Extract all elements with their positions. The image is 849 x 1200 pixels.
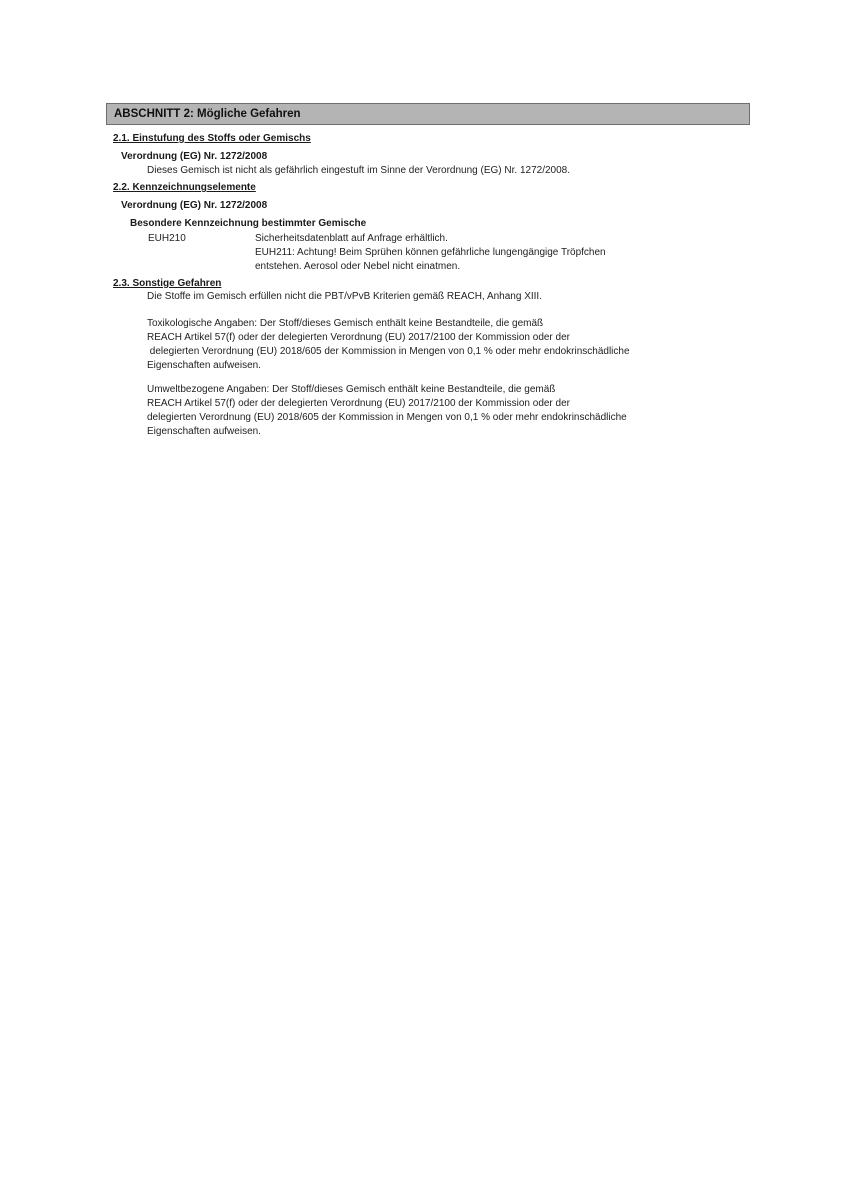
subsection-2-1-heading: 2.1. Einstufung des Stoffs oder Gemischs <box>113 133 311 145</box>
tox-line: REACH Artikel 57(f) oder der delegierten… <box>147 332 570 344</box>
env-line: delegierten Verordnung (EU) 2018/605 der… <box>147 412 627 424</box>
euh-line: EUH211: Achtung! Beim Sprühen können gef… <box>255 247 606 259</box>
env-line: Umweltbezogene Angaben: Der Stoff/dieses… <box>147 384 555 396</box>
special-labelling-heading: Besondere Kennzeichnung bestimmter Gemis… <box>130 218 366 230</box>
euh-line: Sicherheitsdatenblatt auf Anfrage erhält… <box>255 233 448 245</box>
env-line: Eigenschaften aufweisen. <box>147 426 261 438</box>
classification-text: Dieses Gemisch ist nicht als gefährlich … <box>147 165 570 177</box>
tox-line: Toxikologische Angaben: Der Stoff/dieses… <box>147 318 543 330</box>
tox-line: delegierten Verordnung (EU) 2018/605 der… <box>147 346 630 358</box>
document-page: ABSCHNITT 2: Mögliche Gefahren 2.1. Eins… <box>0 0 849 1200</box>
regulation-label-2-1: Verordnung (EG) Nr. 1272/2008 <box>121 151 267 163</box>
subsection-2-3-heading: 2.3. Sonstige Gefahren <box>113 278 221 290</box>
regulation-label-2-2: Verordnung (EG) Nr. 1272/2008 <box>121 200 267 212</box>
env-line: REACH Artikel 57(f) oder der delegierten… <box>147 398 570 410</box>
tox-line: Eigenschaften aufweisen. <box>147 360 261 372</box>
section-header: ABSCHNITT 2: Mögliche Gefahren <box>106 103 750 125</box>
pbt-text: Die Stoffe im Gemisch erfüllen nicht die… <box>147 291 542 303</box>
euh-line: entstehen. Aerosol oder Nebel nicht eina… <box>255 261 460 273</box>
euh-code: EUH210 <box>148 233 186 245</box>
subsection-2-2-heading: 2.2. Kennzeichnungselemente <box>113 182 256 194</box>
